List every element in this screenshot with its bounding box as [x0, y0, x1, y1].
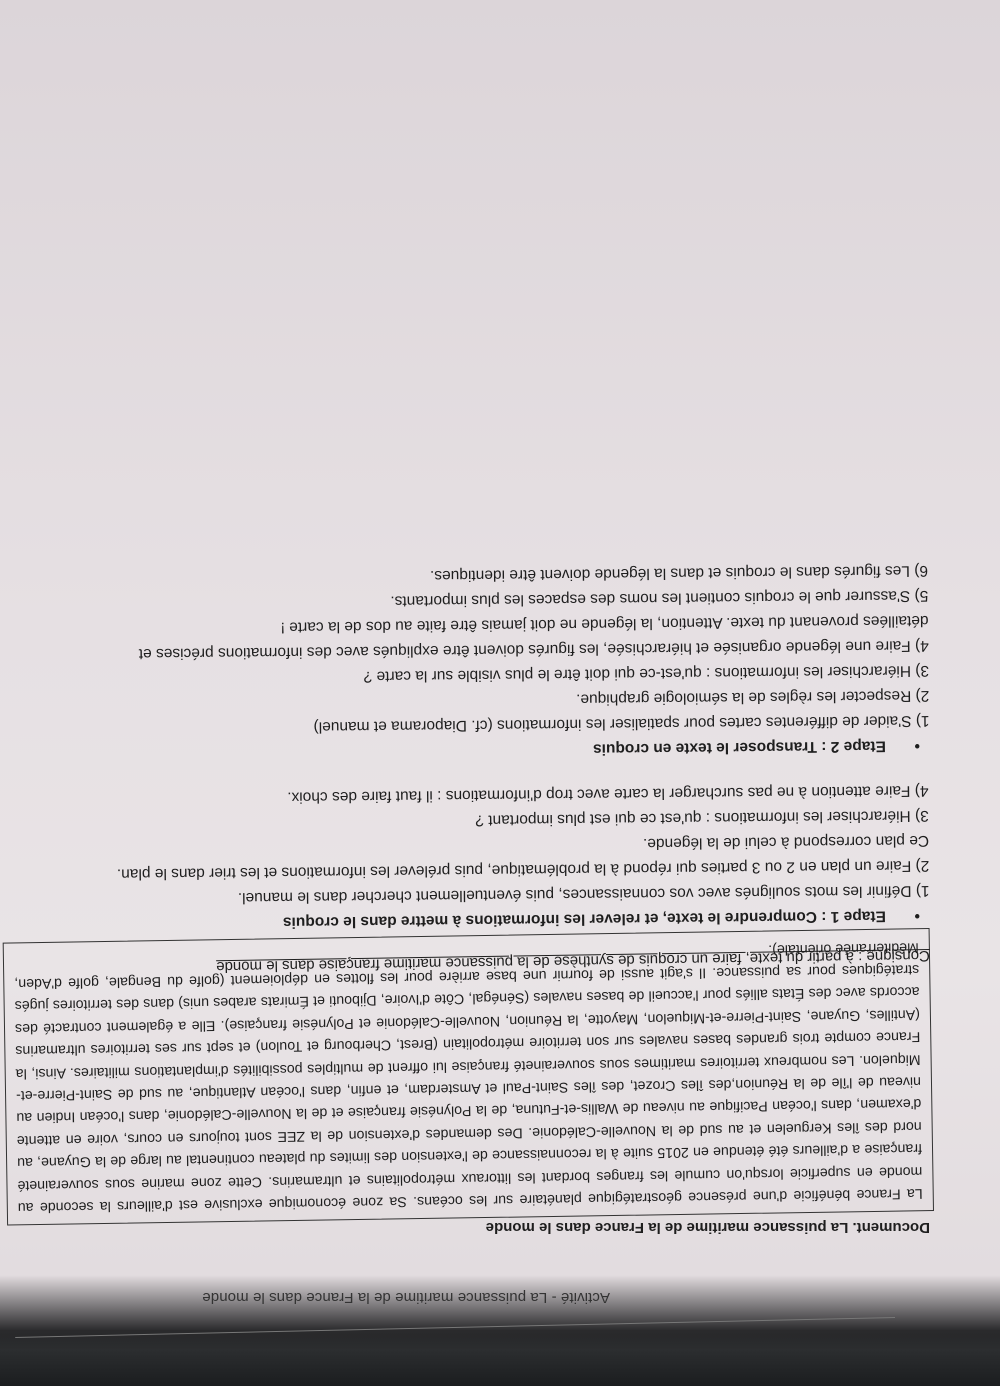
document-body: La France bénéficie d'une présence géost…: [14, 935, 923, 1218]
etape-2: •Etape 2 : Transposer le texte en croqui…: [0, 558, 930, 768]
document-heading: Document. La puissance maritime de la Fr…: [486, 1219, 930, 1236]
etape-1-title: Etape 1 : Comprendre le texte, et releve…: [283, 907, 886, 930]
bullet-icon: •: [886, 733, 920, 758]
etape-1: •Etape 1 : Comprendre le texte, et relev…: [0, 778, 930, 938]
bullet-icon: •: [886, 903, 920, 928]
worksheet-page: Activité - La puissance maritime de la F…: [0, 0, 1000, 1386]
document-title: La puissance maritime de la France dans …: [486, 1219, 849, 1236]
etape-2-title: Etape 2 : Transposer le texte en croquis: [593, 737, 886, 757]
table-edge: [0, 1334, 1000, 1386]
document-label: Document.: [852, 1219, 930, 1236]
page-title: Activité - La puissance maritime de la F…: [202, 1289, 610, 1306]
